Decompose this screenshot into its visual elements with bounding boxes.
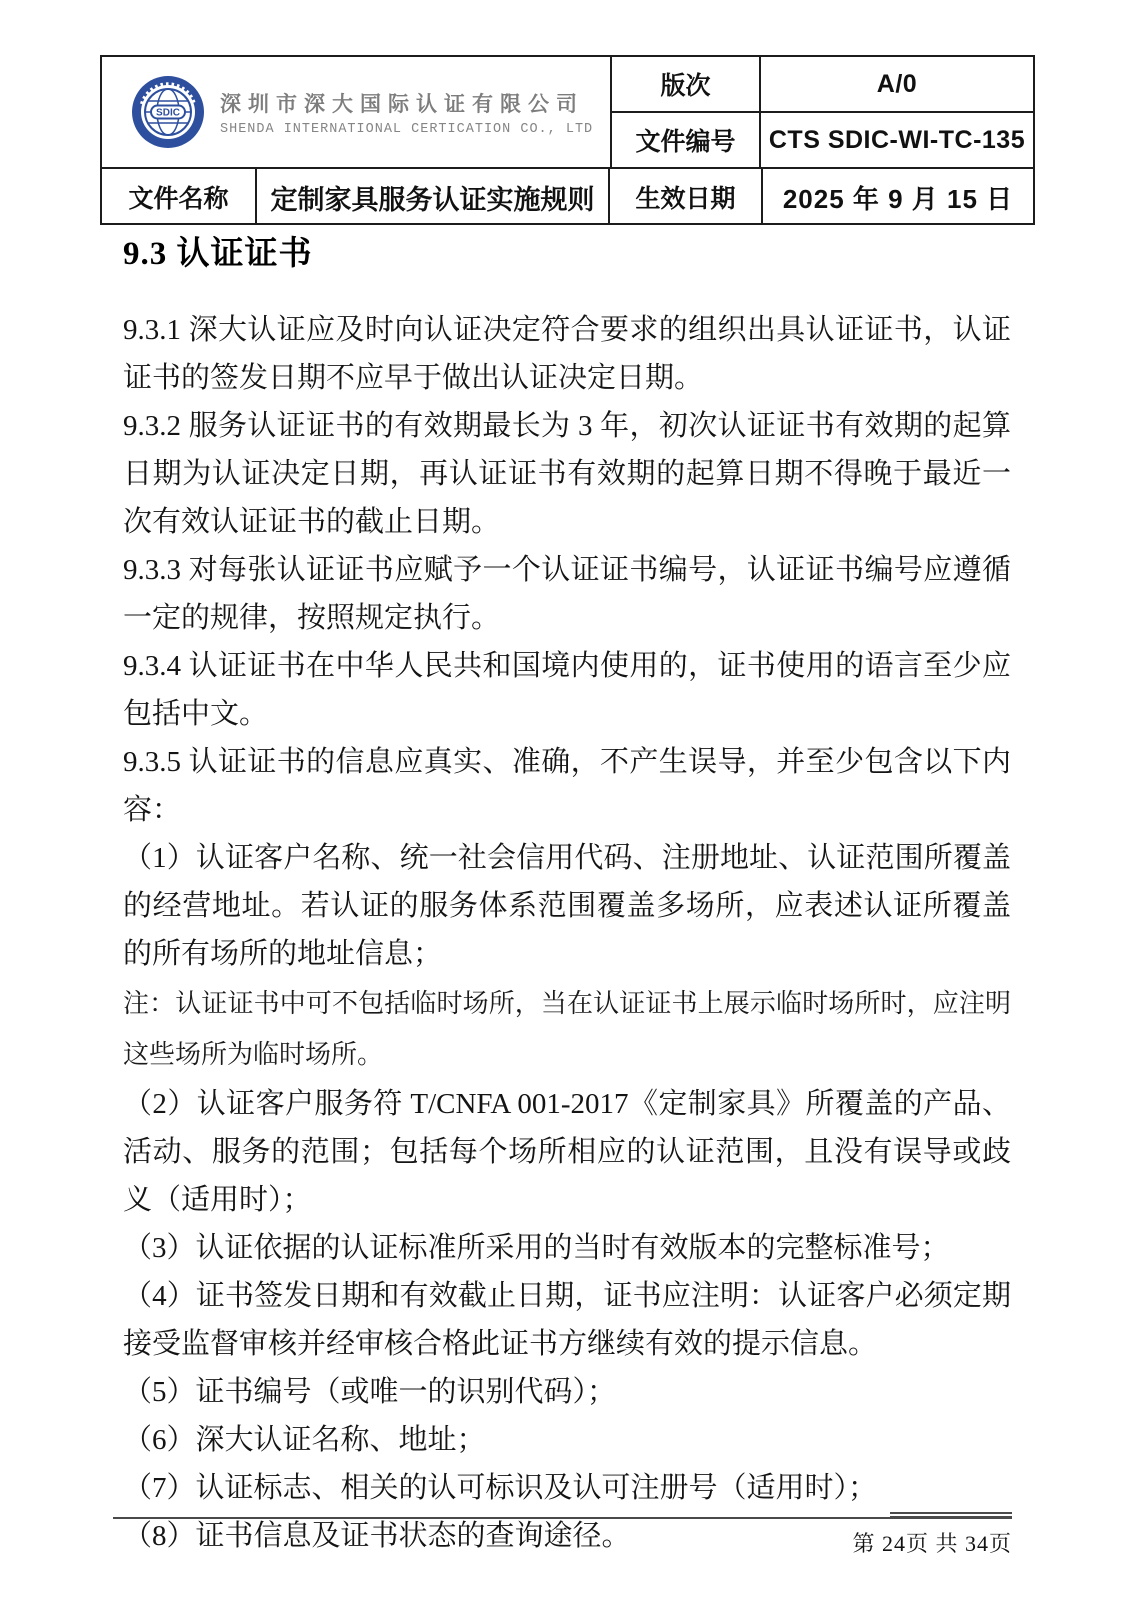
doc-number-row: 文件编号 CTS SDIC-WI-TC-135 [610,113,1033,167]
company-cell: SDIC 深圳市深大国际认证有限公司 SHENDA INTERNATIONAL … [102,57,610,167]
company-name-cn: 深圳市深大国际认证有限公司 [220,88,593,118]
effective-date-value: 2025 年 9 月 15 日 [763,169,1033,225]
list-item-3: （3）认证依据的认证标准所采用的当时有效版本的完整标准号； [123,1224,1011,1272]
list-item-5: （5）证书编号（或唯一的识别代码）； [123,1368,1011,1416]
document-header-table: SDIC 深圳市深大国际认证有限公司 SHENDA INTERNATIONAL … [100,55,1035,225]
doc-number-value: CTS SDIC-WI-TC-135 [761,113,1033,167]
paragraph-9-3-1: 9.3.1 深大认证应及时向认证决定符合要求的组织出具认证证书，认证证书的签发日… [123,306,1011,402]
list-item-7: （7）认证标志、相关的认可标识及认可注册号（适用时）； [123,1464,1011,1512]
version-label: 版次 [610,57,761,111]
company-names: 深圳市深大国际认证有限公司 SHENDA INTERNATIONAL CERTI… [220,88,593,137]
doc-name-label: 文件名称 [102,169,257,225]
list-item-6: （6）深大认证名称、地址； [123,1416,1011,1464]
doc-name-value: 定制家具服务认证实施规则 [257,169,610,225]
page-number: 第 24页 共 34页 [113,1519,1012,1558]
paragraph-9-3-2: 9.3.2 服务认证证书的有效期最长为 3 年，初次认证证书有效期的起算日期为认… [123,402,1011,546]
header-bottom-row: 文件名称 定制家具服务认证实施规则 生效日期 2025 年 9 月 15 日 [102,169,1033,225]
note-paragraph: 注：认证证书中可不包括临时场所，当在认证证书上展示临时场所时，应注明这些场所为临… [123,978,1011,1080]
paragraph-9-3-4: 9.3.4 认证证书在中华人民共和国境内使用的，证书使用的语言至少应包括中文。 [123,642,1011,738]
list-item-4: （4）证书签发日期和有效截止日期，证书应注明：认证客户必须定期接受监督审核并经审… [123,1272,1011,1368]
footer-double-rule [890,1512,1012,1518]
version-value: A/0 [761,57,1033,111]
paragraph-9-3-3: 9.3.3 对每张认证证书应赋予一个认证证书编号，认证证书编号应遵循一定的规律，… [123,546,1011,642]
paragraph-9-3-5: 9.3.5 认证证书的信息应真实、准确，不产生误导，并至少包含以下内容： [123,738,1011,834]
company-name-en: SHENDA INTERNATIONAL CERTICATION CO., LT… [220,122,593,137]
document-body: 9.3 认证证书 9.3.1 深大认证应及时向认证决定符合要求的组织出具认证证书… [123,232,1011,1560]
header-top-row: SDIC 深圳市深大国际认证有限公司 SHENDA INTERNATIONAL … [102,57,1033,169]
effective-date-label: 生效日期 [610,169,763,225]
list-item-2: （2）认证客户服务符 T/CNFA 001-2017《定制家具》所覆盖的产品、活… [123,1080,1011,1224]
company-logo-icon: SDIC [130,74,206,150]
section-title: 9.3 认证证书 [123,232,1011,276]
list-item-1: （1）认证客户名称、统一社会信用代码、注册地址、认证范围所覆盖的经营地址。若认证… [123,834,1011,978]
version-row: 版次 A/0 [610,57,1033,113]
logo-text: SDIC [156,108,180,119]
document-page: SDIC 深圳市深大国际认证有限公司 SHENDA INTERNATIONAL … [0,0,1131,1600]
doc-number-label: 文件编号 [610,113,761,167]
page-footer: 第 24页 共 34页 [113,1517,1012,1558]
header-right-block: 版次 A/0 文件编号 CTS SDIC-WI-TC-135 [610,57,1033,167]
